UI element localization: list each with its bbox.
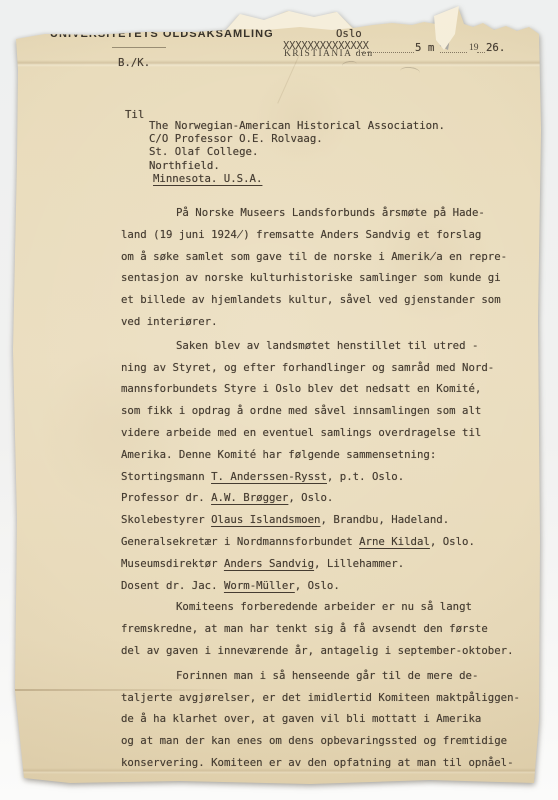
paragraph: Saken blev av landsmøtet henstillet til … bbox=[121, 335, 537, 488]
text-segment: Dosent dr. Jac. bbox=[121, 579, 224, 592]
underlined-name: Anders Sandvig bbox=[224, 557, 314, 570]
paragraph: På Norske Museers Landsforbunds årsmøte … bbox=[121, 202, 537, 333]
paragraph: Forinnen man i så henseende går til de m… bbox=[121, 665, 537, 774]
text-segment: ved interiører. bbox=[121, 315, 218, 328]
recipient-line: St. Olaf College. bbox=[149, 145, 445, 158]
text-segment: et billede av hjemlandets kultur, såvel … bbox=[121, 293, 501, 306]
underlined-name: Arne Kildal bbox=[359, 535, 430, 548]
letterhead-org: UNIVERSITETETS OLDSAKSAMLING bbox=[50, 28, 274, 40]
paper-sheet: UNIVERSITETETS OLDSAKSAMLING B./K. Oslo … bbox=[0, 0, 558, 800]
body-line: Skolebestyrer Olaus Islandsmoen, Brandbu… bbox=[121, 509, 537, 531]
underlined-name: Olaus Islandsmoen bbox=[211, 513, 320, 526]
dotted-rule bbox=[477, 50, 485, 53]
text-segment: og at man der kan enes om dens opbevarin… bbox=[121, 734, 507, 747]
text-segment: Komiteens forberedende arbeider er nu så… bbox=[176, 600, 472, 613]
recipient-line: C/O Professor O.E. Rolvaag. bbox=[149, 132, 445, 145]
underlined-name: T. Anderssen-Rysst bbox=[211, 470, 327, 483]
body-line: Forinnen man i så henseende går til de m… bbox=[121, 665, 537, 687]
body-line: de å ha klarhet over, at gaven vil bli m… bbox=[121, 708, 537, 730]
text-segment: konservering. Komiteen er av den opfatni… bbox=[121, 756, 514, 769]
body-line: Museumsdirektør Anders Sandvig, Lilleham… bbox=[121, 553, 537, 575]
body-line: fremskredne, at man har tenkt sig å få a… bbox=[121, 618, 537, 640]
text-segment: På Norske Museers Landsforbunds årsmøte … bbox=[176, 206, 485, 219]
strikeout-overlay: XXXXXXXXXXXXXX bbox=[283, 40, 369, 52]
body-line: land (19 juni 1924̸) fremsatte Anders Sa… bbox=[121, 224, 537, 246]
dotted-rule bbox=[357, 50, 414, 53]
text-segment: videre arbeide med en eventuel samlings … bbox=[121, 426, 481, 439]
body-line: om å søke samlet som gave til de norske … bbox=[121, 246, 537, 268]
body-line: Amerika. Denne Komité har følgende samme… bbox=[121, 444, 537, 466]
body-line: og at man der kan enes om dens opbevarin… bbox=[121, 730, 537, 752]
body-line: et billede av hjemlandets kultur, såvel … bbox=[121, 289, 537, 311]
underlined-name: A.W. Brøgger bbox=[211, 491, 288, 504]
text-segment: Forinnen man i så henseende går til de m… bbox=[176, 669, 478, 682]
text-segment: Amerika. Denne Komité har følgende samme… bbox=[121, 448, 436, 461]
text-segment: , Oslo. bbox=[288, 491, 333, 504]
salutation: Til bbox=[125, 108, 144, 121]
reference-initials: B./K. bbox=[118, 56, 150, 69]
document-photo: UNIVERSITETETS OLDSAKSAMLING B./K. Oslo … bbox=[0, 0, 558, 800]
text-segment: om å søke samlet som gave til de norske … bbox=[121, 250, 507, 263]
body-line: sentasjon av norske kulturhistoriske sam… bbox=[121, 267, 537, 289]
body-line: Stortingsmann T. Anderssen-Rysst, p.t. O… bbox=[121, 466, 537, 488]
crease-diagonal bbox=[277, 52, 301, 104]
typed-year: 26. bbox=[486, 41, 505, 54]
paragraph: Professor dr. A.W. Brøgger, Oslo.Skolebe… bbox=[121, 487, 537, 596]
typed-city: Oslo bbox=[336, 27, 362, 40]
text-segment: fremskredne, at man har tenkt sig å få a… bbox=[121, 622, 488, 635]
text-segment: land (19 juni 1924̸) fremsatte Anders Sa… bbox=[121, 228, 481, 241]
text-segment: taljerte avgjørelser, er det imidlertid … bbox=[121, 691, 520, 704]
pencil-mark bbox=[400, 66, 421, 78]
letterhead-rule bbox=[112, 47, 166, 48]
typed-day: 5 m bbox=[415, 41, 434, 54]
body-line: Saken blev av landsmøtet henstillet til … bbox=[121, 335, 537, 357]
underlined-name: Worm-Müller bbox=[224, 579, 295, 592]
fold-crease-top bbox=[15, 60, 540, 67]
text-segment: sentasjon av norske kulturhistoriske sam… bbox=[121, 271, 501, 284]
text-segment: , Oslo. bbox=[430, 535, 475, 548]
text-segment: del av gaven i inneværende år, antagelig… bbox=[121, 644, 514, 657]
text-segment: ning av Styret, og efter forhandlinger o… bbox=[121, 361, 494, 374]
body-line: Komiteens forberedende arbeider er nu så… bbox=[121, 596, 537, 618]
recipient-line: The Norwegian-American Historical Associ… bbox=[149, 119, 445, 132]
body-line: ved interiører. bbox=[121, 311, 537, 333]
recipient-state-line: Minnesota. U.S.A. bbox=[153, 172, 262, 185]
body-line: del av gaven i inneværende år, antagelig… bbox=[121, 640, 537, 662]
text-segment: mannsforbundets Styre i Oslo blev det ne… bbox=[121, 382, 481, 395]
text-segment: , Brandbu, Hadeland. bbox=[320, 513, 449, 526]
recipient-line: Northfield. bbox=[149, 159, 445, 172]
text-segment: de å ha klarhet over, at gaven vil bli m… bbox=[121, 712, 481, 725]
text-segment: , Lillehammer. bbox=[314, 557, 404, 570]
recipient-lines: The Norwegian-American Historical Associ… bbox=[149, 119, 445, 172]
body-line: mannsforbundets Styre i Oslo blev det ne… bbox=[121, 378, 537, 400]
body-line: Dosent dr. Jac. Worm-Müller, Oslo. bbox=[121, 575, 537, 597]
text-segment: som fikk i opdrag å ordne med såvel inns… bbox=[121, 404, 481, 417]
paper-wrap: UNIVERSITETETS OLDSAKSAMLING B./K. Oslo … bbox=[0, 0, 558, 800]
paragraph: Komiteens forberedende arbeider er nu så… bbox=[121, 596, 537, 661]
text-segment: Skolebestyrer bbox=[121, 513, 211, 526]
body-line: som fikk i opdrag å ordne med såvel inns… bbox=[121, 400, 537, 422]
body-line: På Norske Museers Landsforbunds årsmøte … bbox=[121, 202, 537, 224]
pencil-mark bbox=[342, 60, 358, 70]
body-line: taljerte avgjørelser, er det imidlertid … bbox=[121, 687, 537, 709]
body-line: konservering. Komiteen er av den opfatni… bbox=[121, 752, 537, 774]
body-line: Professor dr. A.W. Brøgger, Oslo. bbox=[121, 487, 537, 509]
body-line: videre arbeide med en eventuel samlings … bbox=[121, 422, 537, 444]
text-segment: Professor dr. bbox=[121, 491, 211, 504]
text-segment: Saken blev av landsmøtet henstillet til … bbox=[176, 339, 478, 352]
text-segment: Stortingsmann bbox=[121, 470, 211, 483]
body-line: Generalsekretær i Nordmannsforbundet Arn… bbox=[121, 531, 537, 553]
letter-body: På Norske Museers Landsforbunds årsmøte … bbox=[121, 202, 537, 774]
body-line: ning av Styret, og efter forhandlinger o… bbox=[121, 357, 537, 379]
text-segment: , p.t. Oslo. bbox=[327, 470, 404, 483]
text-segment: Generalsekretær i Nordmannsforbundet bbox=[121, 535, 359, 548]
text-segment: , Oslo. bbox=[295, 579, 340, 592]
text-segment: Museumsdirektør bbox=[121, 557, 224, 570]
dotted-rule bbox=[440, 50, 467, 53]
